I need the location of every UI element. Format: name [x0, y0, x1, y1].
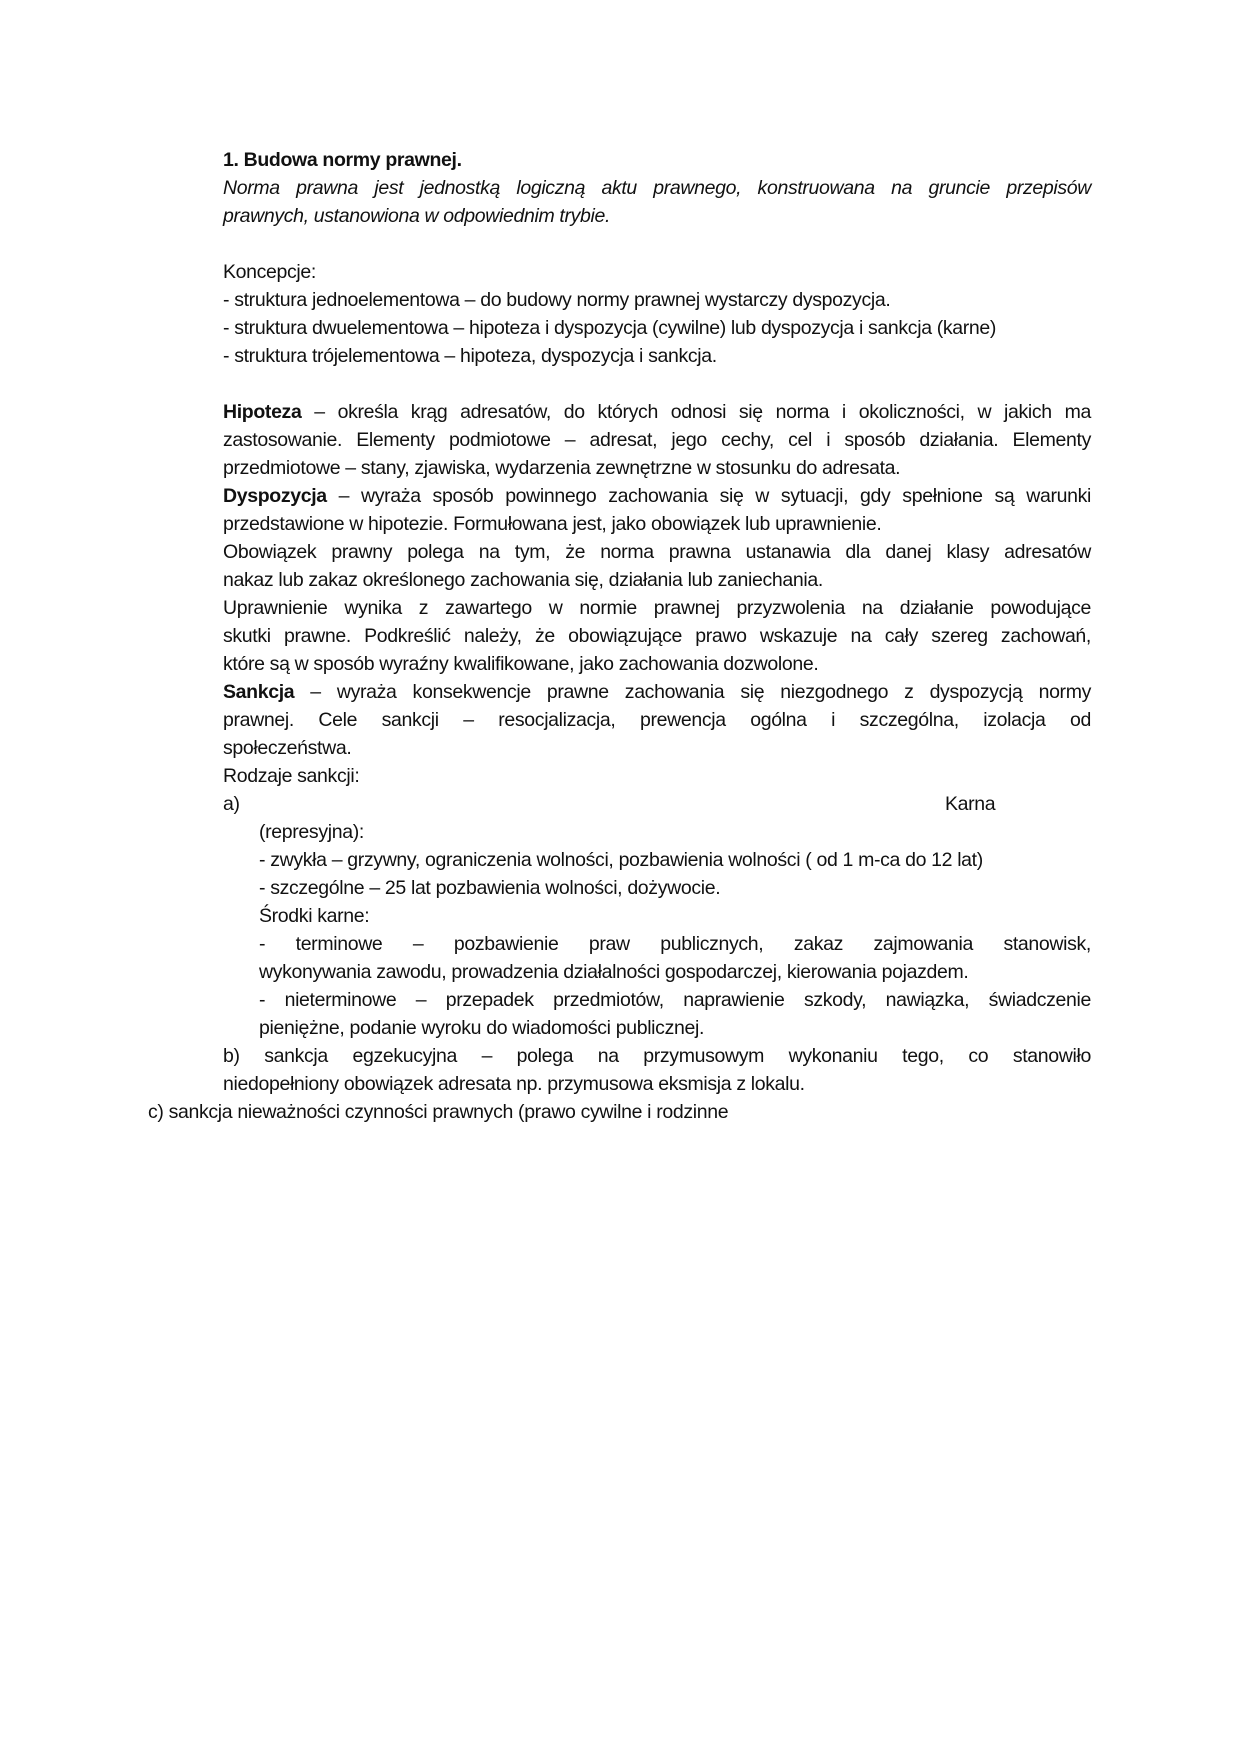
measure-line: - terminowe – pozbawienie praw publiczny…: [259, 930, 1091, 958]
item-b-line: niedopełniony obowiązek adresata np. prz…: [223, 1070, 805, 1098]
sankcja-line: Sankcja – wyraża konsekwencje prawne zac…: [223, 678, 1091, 706]
hipoteza-line: przedmiotowe – stany, zjawiska, wydarzen…: [223, 454, 900, 482]
types-label: Rodzaje sankcji:: [223, 762, 359, 790]
measure-line: - nieterminowe – przepadek przedmiotów, …: [259, 986, 1091, 1014]
item-a-word: Karna: [945, 790, 995, 818]
item-a-sub: - szczególne – 25 lat pozbawienia wolnoś…: [259, 874, 720, 902]
term-hipoteza: Hipoteza: [223, 401, 301, 423]
hipoteza-line: zastosowanie. Elementy podmiotowe – adre…: [223, 426, 1091, 454]
sankcja-line: społeczeństwa.: [223, 734, 351, 762]
concept-item: - struktura dwuelementowa – hipoteza i d…: [223, 314, 996, 342]
section-heading: 1. Budowa normy prawnej.: [223, 146, 462, 174]
document-page: 1. Budowa normy prawnej. Norma prawna je…: [0, 0, 1240, 1754]
item-a-cont: (represyjna):: [259, 818, 364, 846]
measure-line: pieniężne, podanie wyroku do wiadomości …: [259, 1014, 704, 1042]
term-dyspozycja: Dyspozycja: [223, 485, 327, 507]
item-c-line: c) sankcja nieważności czynności prawnyc…: [148, 1098, 728, 1126]
dyspozycja-line: skutki prawne. Podkreślić należy, że obo…: [223, 622, 1091, 650]
item-a-marker: a): [223, 790, 240, 818]
definition-line: prawnych, ustanowiona w odpowiednim tryb…: [223, 202, 610, 230]
dyspozycja-line: Dyspozycja – wyraża sposób powinnego zac…: [223, 482, 1091, 510]
dyspozycja-line: Uprawnienie wynika z zawartego w normie …: [223, 594, 1091, 622]
dyspozycja-line: nakaz lub zakaz określonego zachowania s…: [223, 566, 823, 594]
concept-item: - struktura jednoelementowa – do budowy …: [223, 286, 890, 314]
hipoteza-line: Hipoteza – określa krąg adresatów, do kt…: [223, 398, 1091, 426]
concepts-label: Koncepcje:: [223, 258, 316, 286]
item-b-line: b) sankcja egzekucyjna – polega na przym…: [223, 1042, 1091, 1070]
measure-line: wykonywania zawodu, prowadzenia działaln…: [259, 958, 968, 986]
measures-label: Środki karne:: [259, 902, 369, 930]
item-a-sub: - zwykła – grzywny, ograniczenia wolnośc…: [259, 846, 983, 874]
definition-line: Norma prawna jest jednostką logiczną akt…: [223, 174, 1091, 202]
dyspozycja-line: które są w sposób wyraźny kwalifikowane,…: [223, 650, 818, 678]
sankcja-line: prawnej. Cele sankcji – resocjalizacja, …: [223, 706, 1091, 734]
term-sankcja: Sankcja: [223, 681, 294, 703]
concept-item: - struktura trójelementowa – hipoteza, d…: [223, 342, 717, 370]
dyspozycja-line: przedstawione w hipotezie. Formułowana j…: [223, 510, 881, 538]
dyspozycja-line: Obowiązek prawny polega na tym, że norma…: [223, 538, 1091, 566]
